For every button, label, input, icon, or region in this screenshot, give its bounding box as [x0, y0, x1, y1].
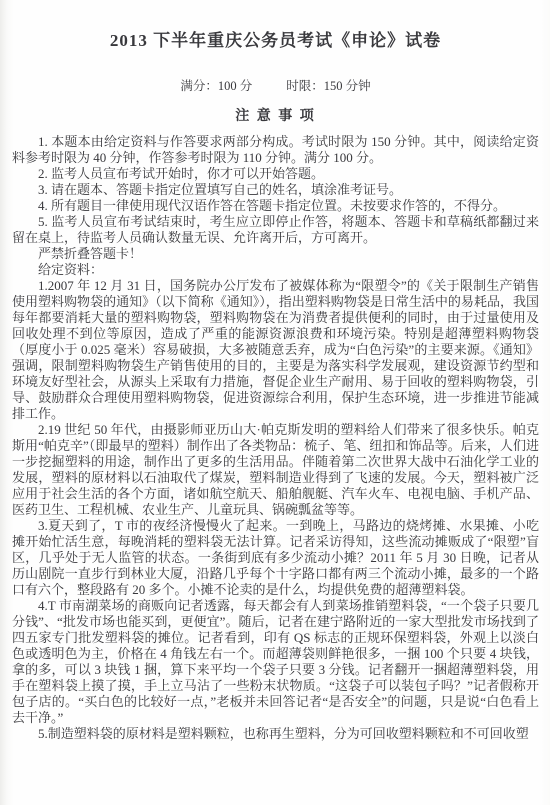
score-limit-label: 满分：100 分: [180, 79, 252, 93]
material-paragraph: 2.19 世纪 50 年代，由摄影师亚历山大·帕克斯发明的塑料给人们带来了很多快…: [12, 422, 539, 518]
notice-item: 3. 请在题本、答题卡指定位置填写自己的姓名，填涂准考证号。: [12, 182, 539, 198]
material-paragraph: 3.夏天到了，T 市的夜经济慢慢火了起来。一到晚上，马路边的烧烤摊、水果摊、小吃…: [12, 518, 539, 598]
notice-item: 4. 所有题目一律使用现代汉语作答在答题卡指定位置。未按要求作答的，不得分。: [12, 198, 539, 214]
material-paragraph: 5.制造塑料袋的原材料是塑料颗粒，也称再生塑料，分为可回收塑料颗粒和不可回收塑: [12, 726, 539, 742]
material-paragraph: 4.T 市南湖菜场的商贩向记者透露，每天都会有人到菜场推销塑料袋，“一个袋子只要…: [12, 598, 539, 726]
warning-line: 严禁折叠答题卡！: [12, 246, 539, 262]
page-title: 2013 下半年重庆公务员考试《申论》试卷: [12, 30, 539, 52]
material-paragraph: 1.2007 年 12 月 31 日，国务院办公厅发布了被媒体称为“限塑令”的《…: [12, 278, 539, 422]
exam-meta: 满分：100 分时限：150 分钟: [12, 78, 539, 94]
time-limit-label: 时限：150 分钟: [286, 79, 370, 93]
materials-label: 给定资料：: [12, 262, 539, 278]
exam-paper-page: 2013 下半年重庆公务员考试《申论》试卷 满分：100 分时限：150 分钟 …: [0, 0, 550, 805]
notice-item: 1. 本题本由给定资料与作答要求两部分构成。考试时限为 150 分钟。其中，阅读…: [12, 134, 539, 166]
notice-item: 5. 监考人员宣布考试结束时，考生应立即停止作答，将题本、答题卡和草稿纸都翻过来…: [12, 214, 539, 246]
document-body: 1. 本题本由给定资料与作答要求两部分构成。考试时限为 150 分钟。其中，阅读…: [12, 134, 539, 742]
notice-heading: 注 意 事 项: [12, 108, 539, 126]
notice-item: 2. 监考人员宣布考试开始时，你才可以开始答题。: [12, 166, 539, 182]
